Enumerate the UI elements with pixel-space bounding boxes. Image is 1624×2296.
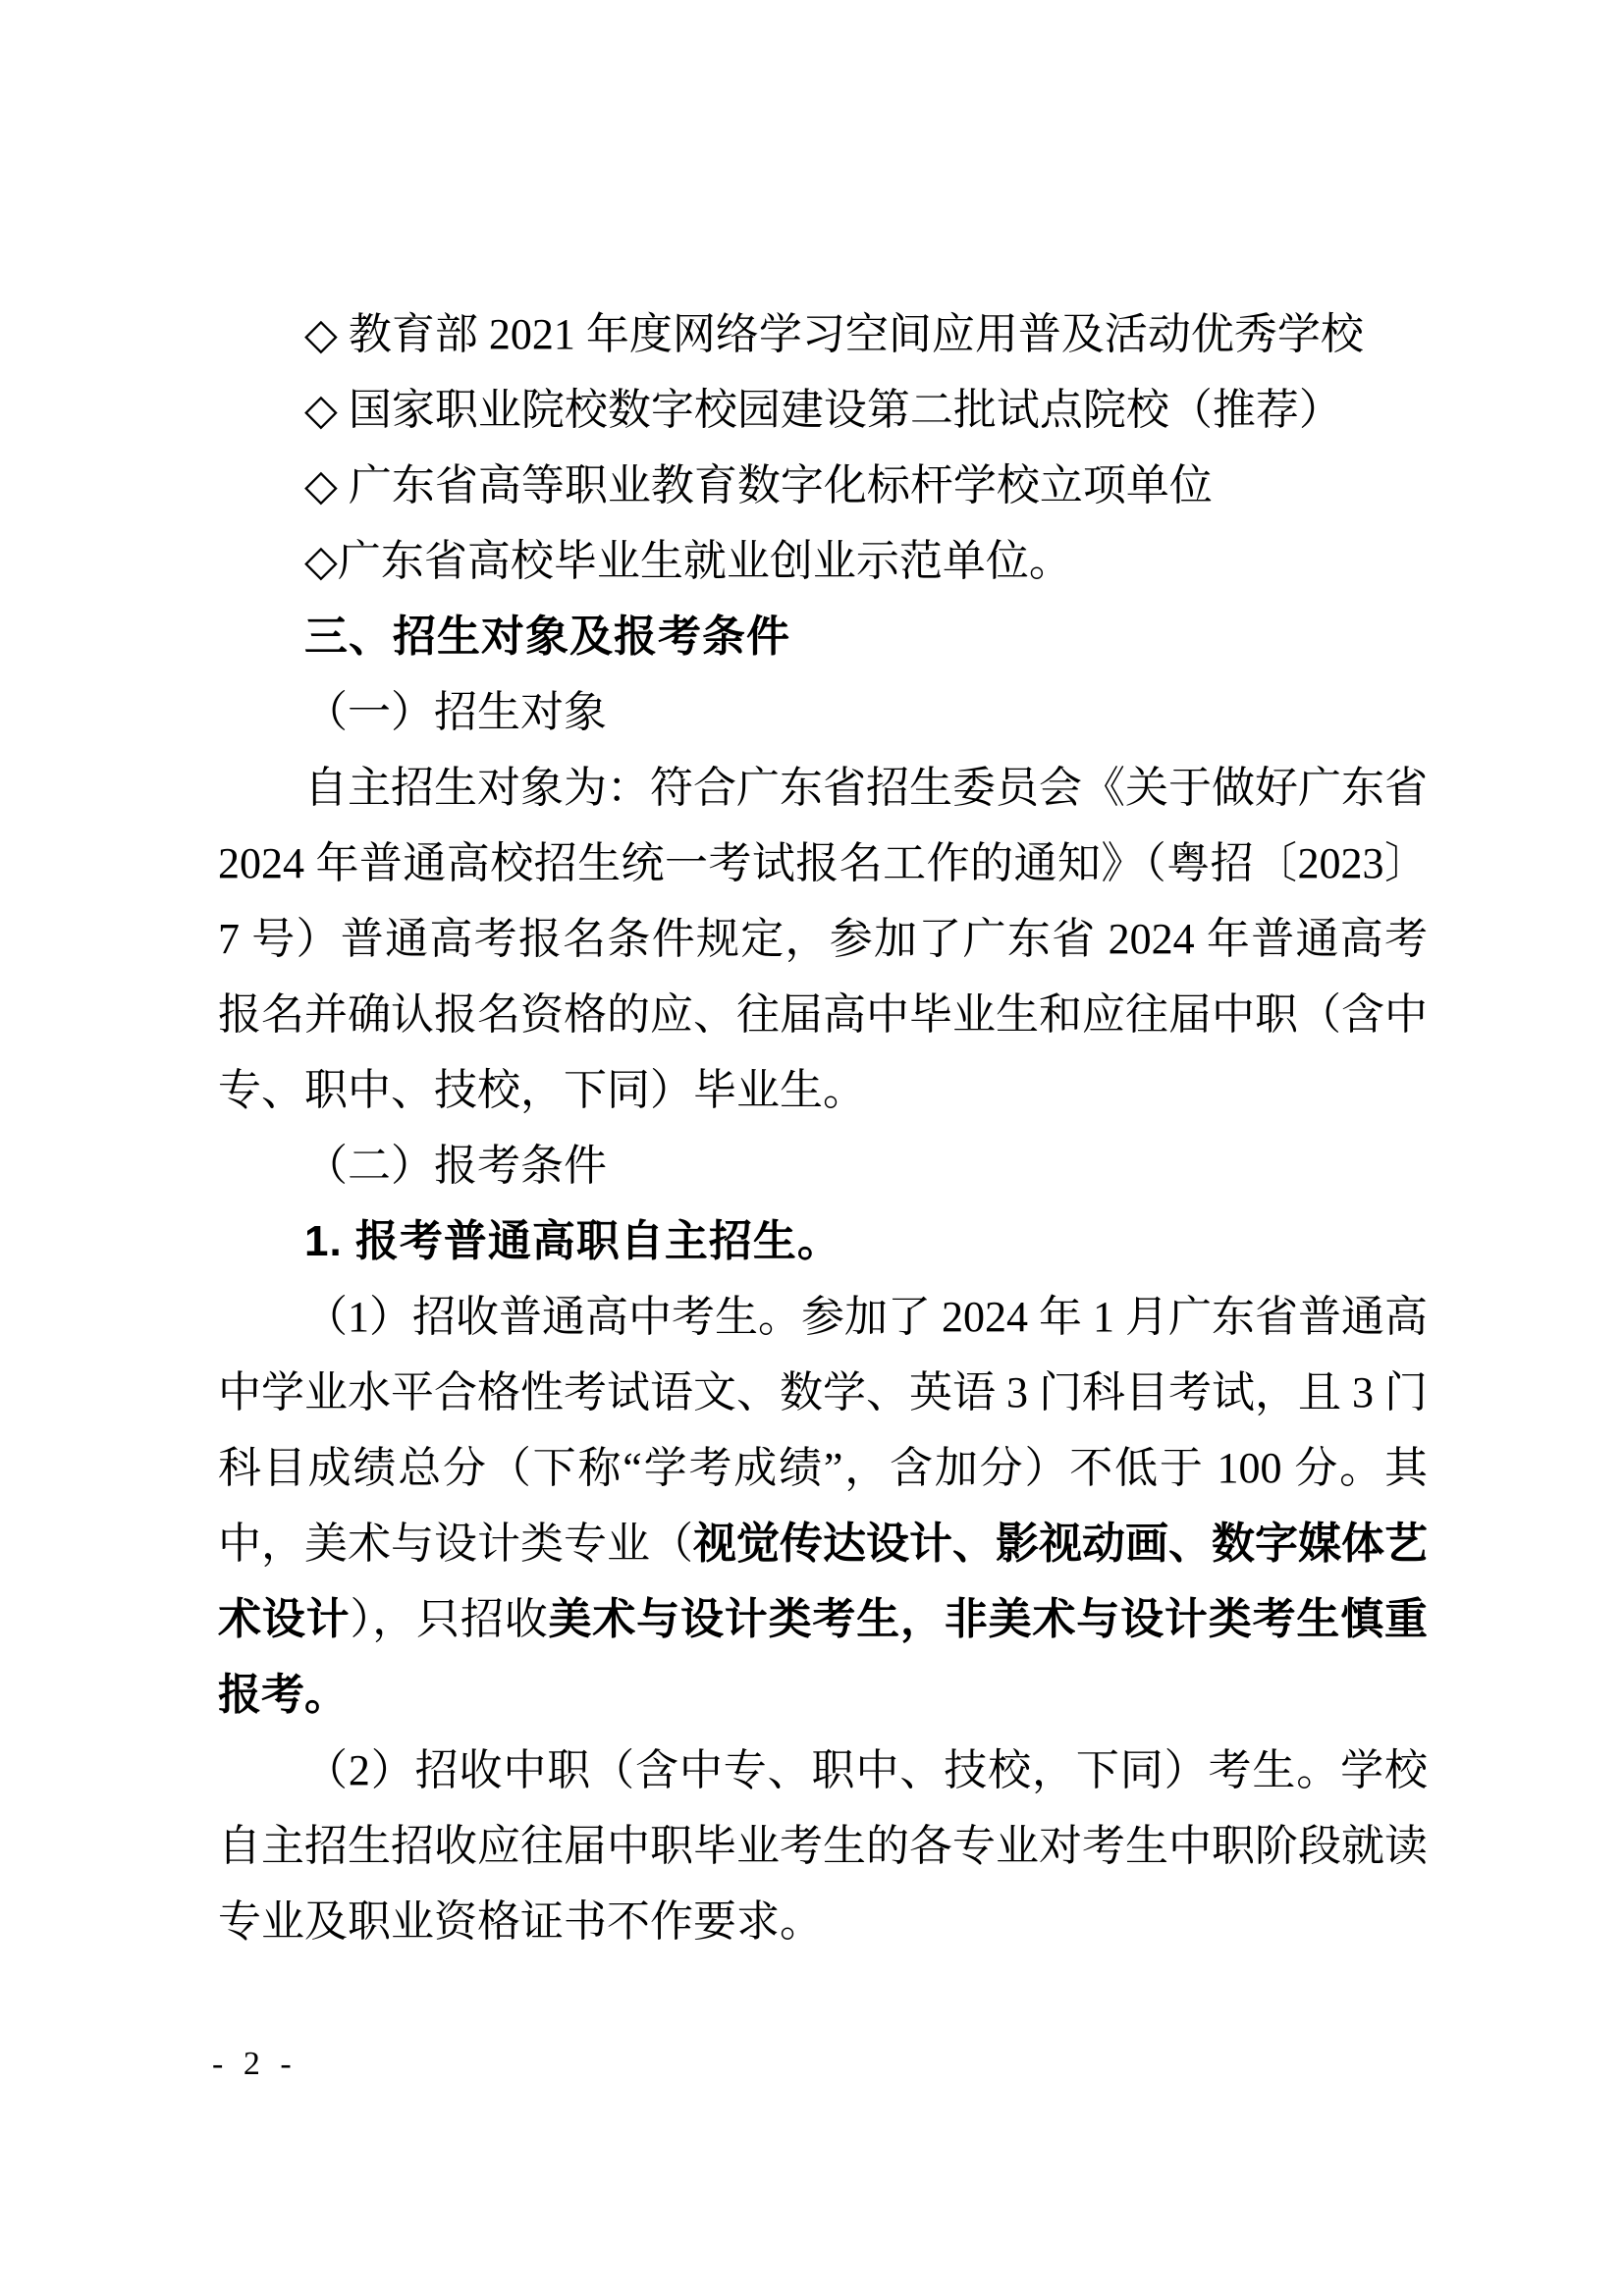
text-run: 广东省高校毕业生就业创业示范单位。 — [338, 537, 1072, 585]
doc-list-item: ◇ 广东省高等职业教育数字化标杆学校立项单位 — [218, 448, 1428, 523]
text-run: 国家职业院校数字校园建设第二批试点院校（推荐） — [349, 386, 1342, 434]
diamond-icon: ◇ — [304, 537, 338, 585]
doc-heading: 三、招生对象及报考条件 — [218, 599, 1428, 674]
text-run: （二）报考条件 — [304, 1142, 607, 1190]
doc-list-item: ◇ 教育部 2021 年度网络学习空间应用普及活动优秀学校 — [218, 296, 1428, 372]
text-run: 三、招生对象及报考条件 — [304, 613, 790, 661]
doc-paragraph: 自主招生对象为：符合广东省招生委员会《关于做好广东省 2024 年普通高校招生统… — [218, 750, 1428, 1128]
doc-list-item: ◇广东省高校毕业生就业创业示范单位。 — [218, 523, 1428, 599]
text-run: （2）招收中职（含中专、职中、技校，下同）考生。学校自主招生招收应往届中职毕业考… — [218, 1746, 1428, 1946]
document-page: ◇ 教育部 2021 年度网络学习空间应用普及活动优秀学校◇ 国家职业院校数字校… — [0, 0, 1624, 2296]
text-run: 自主招生对象为：符合广东省招生委员会《关于做好广东省 2024 年普通高校招生统… — [218, 764, 1428, 1114]
doc-heading: 1. 报考普通高职自主招生。 — [218, 1203, 1428, 1279]
doc-subheading: （二）报考条件 — [218, 1128, 1428, 1203]
doc-list-item: ◇ 国家职业院校数字校园建设第二批试点院校（推荐） — [218, 372, 1428, 448]
diamond-icon: ◇ — [304, 386, 349, 434]
doc-paragraph: （2）招收中职（含中专、职中、技校，下同）考生。学校自主招生招收应往届中职毕业考… — [218, 1733, 1428, 1959]
doc-paragraph: （1）招收普通高中考生。参加了 2024 年 1 月广东省普通高中学业水平合格性… — [218, 1279, 1428, 1733]
page-number: - 2 - — [212, 2045, 298, 2084]
doc-subheading: （一）招生对象 — [218, 674, 1428, 750]
text-run: 1. 报考普通高职自主招生。 — [304, 1217, 841, 1265]
diamond-icon: ◇ — [304, 461, 349, 509]
document-content: ◇ 教育部 2021 年度网络学习空间应用普及活动优秀学校◇ 国家职业院校数字校… — [218, 296, 1428, 1959]
text-run: 教育部 2021 年度网络学习空间应用普及活动优秀学校 — [349, 310, 1364, 358]
text-run: 广东省高等职业教育数字化标杆学校立项单位 — [349, 461, 1213, 509]
text-run: ），只招收 — [350, 1595, 548, 1643]
diamond-icon: ◇ — [304, 310, 349, 358]
text-run: （一）招生对象 — [304, 688, 607, 736]
